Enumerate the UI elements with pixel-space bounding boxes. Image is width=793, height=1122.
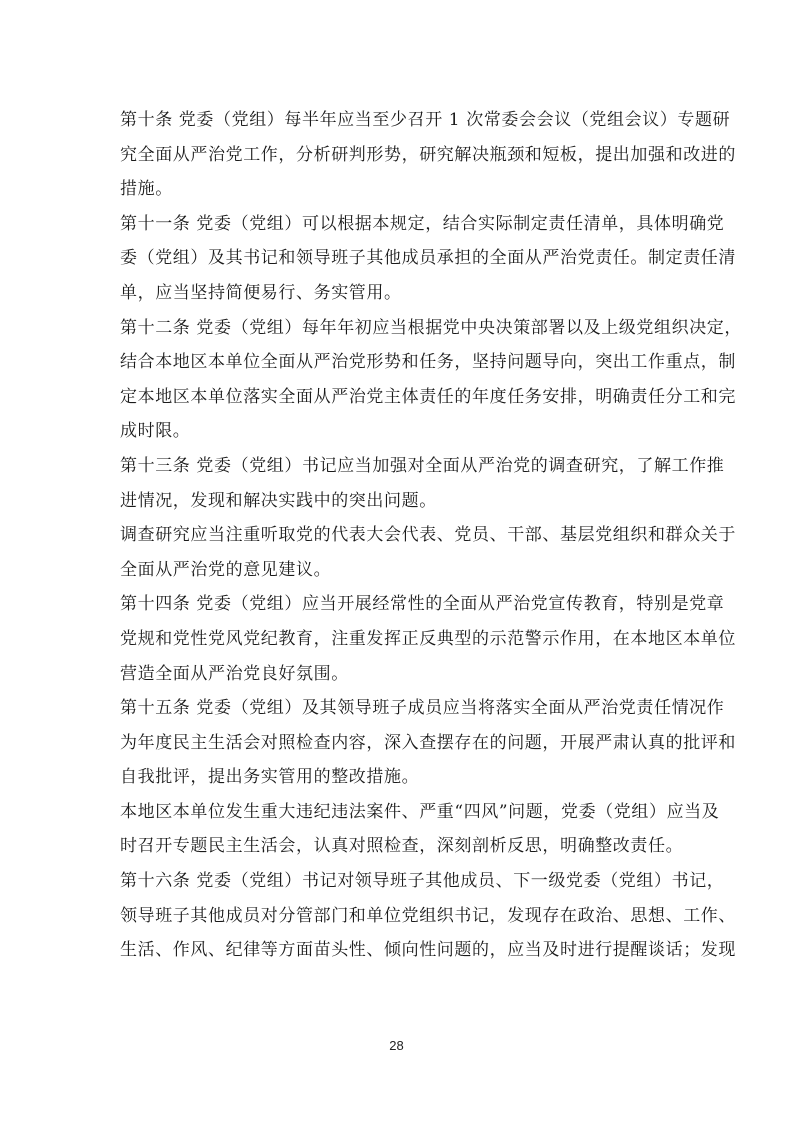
text-line: 领导班子其他成员对分管部门和单位党组织书记，发现存在政治、思想、工作、 (120, 899, 676, 934)
text-line: 究全面从严治党工作，分析研判形势，研究解决瓶颈和短板，提出加强和改进的 (120, 138, 676, 173)
article-15: 第十五条 党委（党组）及其领导班子成员应当将落实全面从严治党责任情况作 为年度民… (120, 691, 676, 795)
text-line: 第十二条 党委（党组）每年年初应当根据党中央决策部署以及上级党组织决定， (120, 311, 676, 346)
article-13-clause-2: 调查研究应当注重听取党的代表大会代表、党员、干部、基层党组织和群众关于 全面从严… (120, 518, 676, 587)
text-line: 进情况，发现和解决实践中的突出问题。 (120, 484, 676, 519)
text-line: 党规和党性党风党纪教育，注重发挥正反典型的示范警示作用，在本地区本单位 (120, 622, 676, 657)
text-line: 自我批评，提出务实管用的整改措施。 (120, 760, 676, 795)
text-line: 第十四条 党委（党组）应当开展经常性的全面从严治党宣传教育，特别是党章 (120, 587, 676, 622)
text-line: 措施。 (120, 172, 676, 207)
article-10: 第十条 党委（党组）每半年应当至少召开 1 次常委会会议（党组会议）专题研 究全… (120, 103, 676, 207)
text-line: 委（党组）及其书记和领导班子其他成员承担的全面从严治党责任。制定责任清 (120, 241, 676, 276)
text-line: 为年度民主生活会对照检查内容，深入查摆存在的问题，开展严肃认真的批评和 (120, 726, 676, 761)
text-line: 第十五条 党委（党组）及其领导班子成员应当将落实全面从严治党责任情况作 (120, 691, 676, 726)
article-12: 第十二条 党委（党组）每年年初应当根据党中央决策部署以及上级党组织决定， 结合本… (120, 311, 676, 449)
text-line: 生活、作风、纪律等方面苗头性、倾向性问题的，应当及时进行提醒谈话；发现 (120, 933, 676, 968)
article-14: 第十四条 党委（党组）应当开展经常性的全面从严治党宣传教育，特别是党章 党规和党… (120, 587, 676, 691)
text-line: 第十一条 党委（党组）可以根据本规定，结合实际制定责任清单，具体明确党 (120, 207, 676, 242)
text-line: 单，应当坚持简便易行、务实管用。 (120, 276, 676, 311)
text-line: 第十条 党委（党组）每半年应当至少召开 1 次常委会会议（党组会议）专题研 (120, 103, 676, 138)
text-line: 营造全面从严治党良好氛围。 (120, 657, 676, 692)
article-13: 第十三条 党委（党组）书记应当加强对全面从严治党的调查研究，了解工作推 进情况，… (120, 449, 676, 518)
text-line: 时召开专题民主生活会，认真对照检查，深刻剖析反思，明确整改责任。 (120, 829, 676, 864)
text-line: 结合本地区本单位全面从严治党形势和任务，坚持问题导向，突出工作重点，制 (120, 345, 676, 380)
page-number: 28 (0, 1038, 793, 1053)
text-line: 第十六条 党委（党组）书记对领导班子其他成员、下一级党委（党组）书记， (120, 864, 676, 899)
text-line: 调查研究应当注重听取党的代表大会代表、党员、干部、基层党组织和群众关于 (120, 518, 676, 553)
text-line: 本地区本单位发生重大违纪违法案件、严重“四风”问题，党委（党组）应当及 (120, 795, 676, 830)
article-11: 第十一条 党委（党组）可以根据本规定，结合实际制定责任清单，具体明确党 委（党组… (120, 207, 676, 311)
document-body: 第十条 党委（党组）每半年应当至少召开 1 次常委会会议（党组会议）专题研 究全… (120, 103, 676, 968)
text-line: 第十三条 党委（党组）书记应当加强对全面从严治党的调查研究，了解工作推 (120, 449, 676, 484)
text-line: 成时限。 (120, 414, 676, 449)
text-line: 定本地区本单位落实全面从严治党主体责任的年度任务安排，明确责任分工和完 (120, 380, 676, 415)
article-15-clause-2: 本地区本单位发生重大违纪违法案件、严重“四风”问题，党委（党组）应当及 时召开专… (120, 795, 676, 864)
text-line: 全面从严治党的意见建议。 (120, 553, 676, 588)
article-16: 第十六条 党委（党组）书记对领导班子其他成员、下一级党委（党组）书记， 领导班子… (120, 864, 676, 968)
